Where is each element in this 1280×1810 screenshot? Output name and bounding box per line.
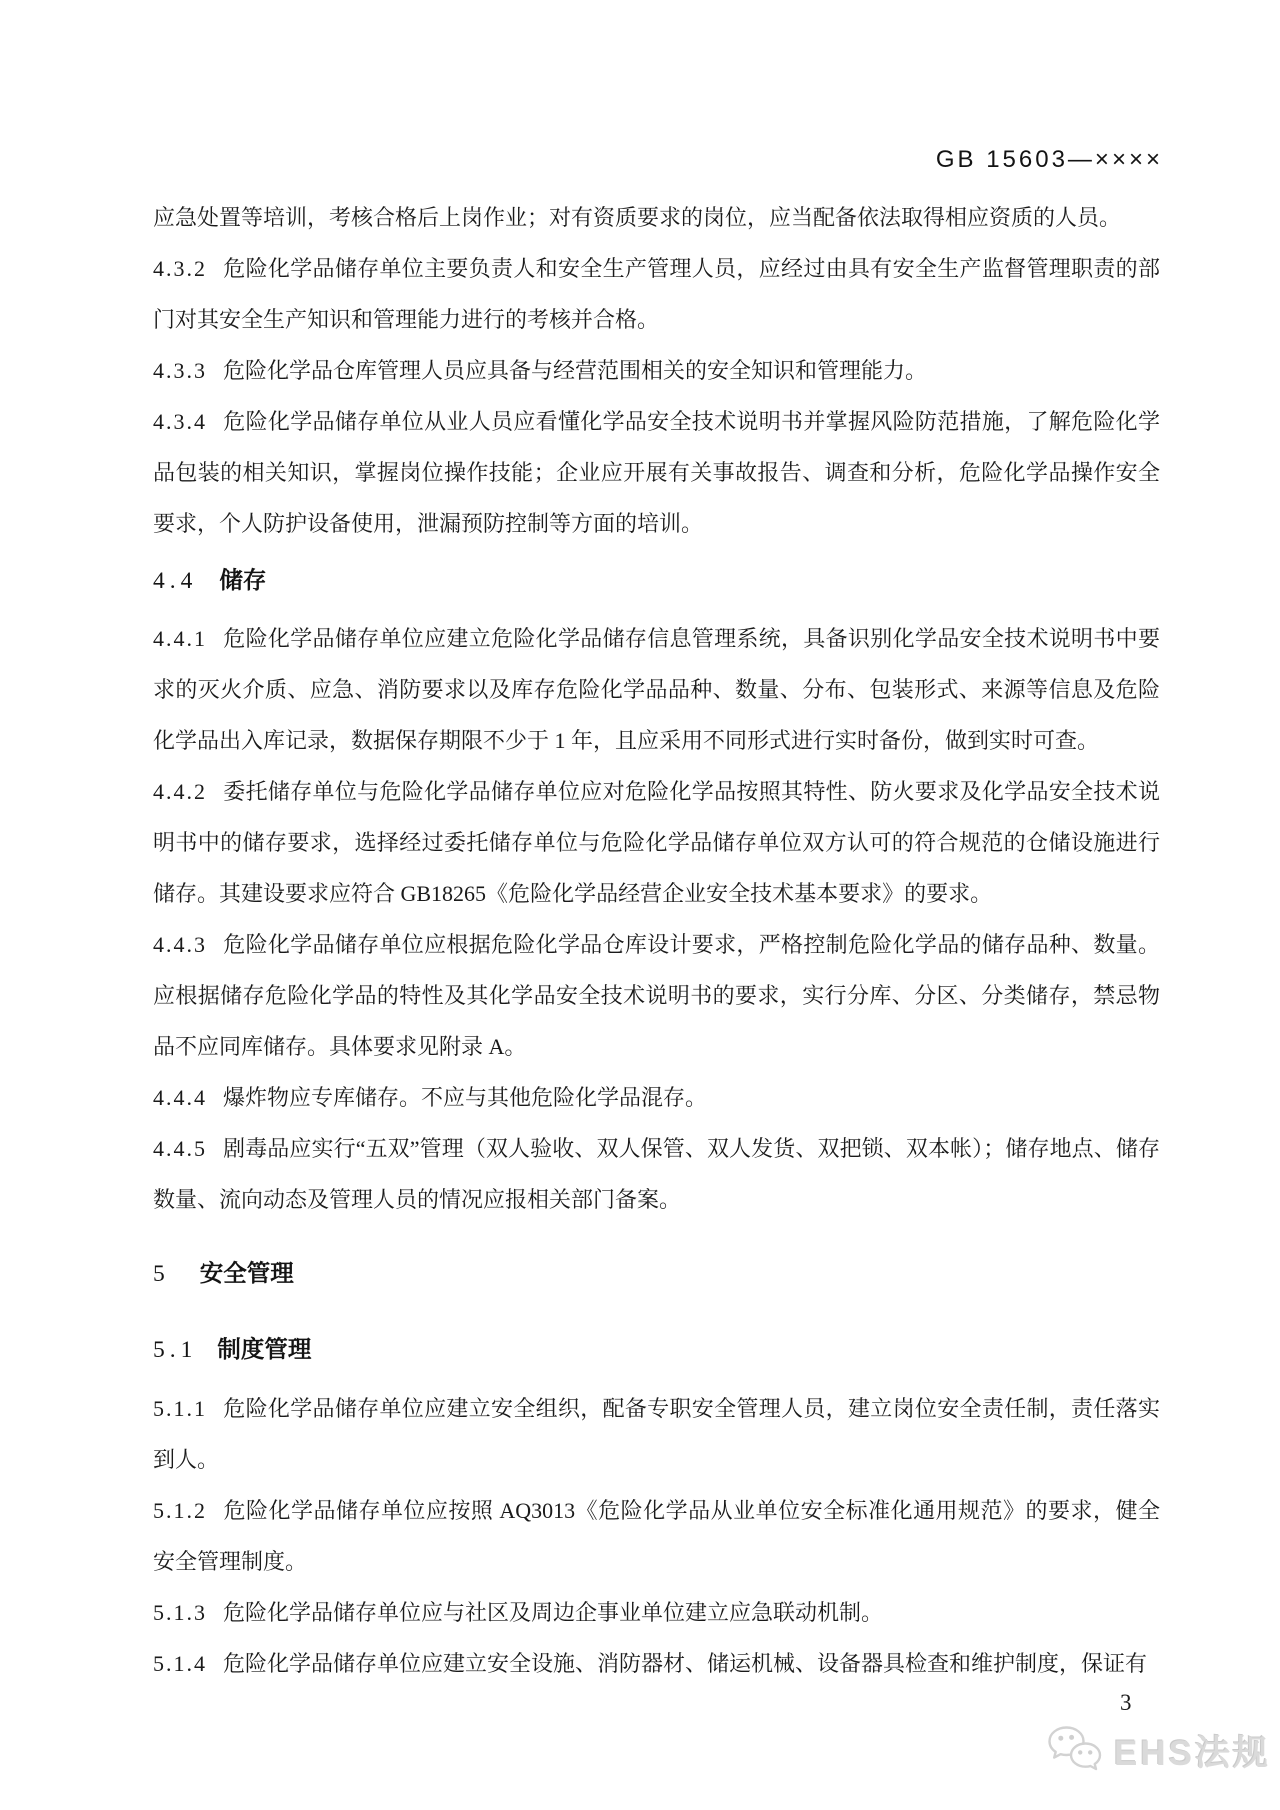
clause-number: 4.3.3 (153, 358, 207, 383)
clause-text: 危险化学品储存单位主要负责人和安全生产管理人员，应经过由具有安全生产监督管理职责… (153, 256, 1160, 332)
clause-number: 4.3.4 (153, 409, 207, 434)
section-heading-text: 制度管理 (217, 1336, 311, 1362)
clause-text: 剧毒品应实行“五双”管理（双人验收、双人保管、双人发货、双把锁、双本帐）；储存地… (153, 1136, 1160, 1212)
clause-text: 危险化学品储存单位从业人员应看懂化学品安全技术说明书并掌握风险防范措施，了解危险… (153, 409, 1160, 536)
clause-paragraph: 5.1.1危险化学品储存单位应建立安全组织，配备专职安全管理人员，建立岗位安全责… (153, 1383, 1160, 1485)
section-heading: 4.4储存 (153, 555, 1160, 607)
clause-text: 危险化学品储存单位应建立安全设施、消防器材、储运机械、设备器具检查和维护制度，保… (223, 1651, 1147, 1676)
clause-number: 4.3.2 (153, 256, 207, 281)
clause-text: 危险化学品储存单位应建立危险化学品储存信息管理系统，具备识别化学品安全技术说明书… (153, 626, 1160, 753)
watermark-text: EHS法规 (1114, 1726, 1271, 1776)
clause-paragraph: 应急处置等培训，考核合格后上岗作业；对有资质要求的岗位，应当配备依法取得相应资质… (153, 192, 1160, 243)
clause-paragraph: 4.4.3危险化学品储存单位应根据危险化学品仓库设计要求，严格控制危险化学品的储… (153, 919, 1160, 1072)
clause-number: 4.4 (153, 568, 197, 594)
clause-paragraph: 4.4.5剧毒品应实行“五双”管理（双人验收、双人保管、双人发货、双把锁、双本帐… (153, 1123, 1160, 1225)
standard-code-header: GB 15603—×××× (936, 146, 1163, 174)
clause-number: 4.4.5 (153, 1136, 207, 1161)
clause-text: 危险化学品仓库管理人员应具备与经营范围相关的安全知识和管理能力。 (223, 358, 927, 383)
document-body: 应急处置等培训，考核合格后上岗作业；对有资质要求的岗位，应当配备依法取得相应资质… (153, 192, 1160, 1689)
wechat-icon (1046, 1724, 1104, 1778)
clause-number: 5.1.3 (153, 1600, 207, 1625)
clause-text: 危险化学品储存单位应与社区及周边企事业单位建立应急联动机制。 (223, 1600, 883, 1625)
section-heading: 5.1制度管理 (153, 1324, 1160, 1376)
clause-paragraph: 4.4.4爆炸物应专库储存。不应与其他危险化学品混存。 (153, 1072, 1160, 1123)
clause-paragraph: 4.3.2危险化学品储存单位主要负责人和安全生产管理人员，应经过由具有安全生产监… (153, 243, 1160, 345)
clause-number: 4.4.1 (153, 626, 207, 651)
clause-paragraph: 4.3.3危险化学品仓库管理人员应具备与经营范围相关的安全知识和管理能力。 (153, 345, 1160, 396)
document-page: GB 15603—×××× 应急处置等培训，考核合格后上岗作业；对有资质要求的岗… (0, 0, 1280, 1810)
page-number: 3 (1120, 1690, 1132, 1716)
clause-paragraph: 5.1.4危险化学品储存单位应建立安全设施、消防器材、储运机械、设备器具检查和维… (153, 1638, 1160, 1689)
section-heading: 5安全管理 (153, 1248, 1160, 1300)
clause-paragraph: 4.4.2委托储存单位与危险化学品储存单位应对危险化学品按照其特性、防火要求及化… (153, 766, 1160, 919)
clause-paragraph: 5.1.3危险化学品储存单位应与社区及周边企事业单位建立应急联动机制。 (153, 1587, 1160, 1638)
clause-number: 5.1.2 (153, 1498, 207, 1523)
clause-text: 危险化学品储存单位应根据危险化学品仓库设计要求，严格控制危险化学品的储存品种、数… (153, 932, 1160, 1059)
clause-number: 5.1.4 (153, 1651, 207, 1676)
clause-number: 4.4.2 (153, 779, 207, 804)
clause-number: 5 (153, 1261, 170, 1287)
clause-number: 4.4.3 (153, 932, 207, 957)
section-heading-text: 储存 (219, 567, 266, 593)
clause-paragraph: 4.4.1危险化学品储存单位应建立危险化学品储存信息管理系统，具备识别化学品安全… (153, 613, 1160, 766)
section-heading-text: 安全管理 (200, 1260, 294, 1286)
clause-paragraph: 4.3.4危险化学品储存单位从业人员应看懂化学品安全技术说明书并掌握风险防范措施… (153, 396, 1160, 549)
clause-text: 委托储存单位与危险化学品储存单位应对危险化学品按照其特性、防火要求及化学品安全技… (153, 779, 1160, 906)
clause-number: 5.1.1 (153, 1396, 207, 1421)
clause-number: 5.1 (153, 1337, 197, 1363)
watermark: EHS法规 (1046, 1724, 1271, 1778)
clause-text: 应急处置等培训，考核合格后上岗作业；对有资质要求的岗位，应当配备依法取得相应资质… (153, 205, 1121, 230)
clause-text: 危险化学品储存单位应按照 AQ3013《危险化学品从业单位安全标准化通用规范》的… (153, 1498, 1160, 1574)
clause-text: 危险化学品储存单位应建立安全组织，配备专职安全管理人员，建立岗位安全责任制，责任… (153, 1396, 1160, 1472)
clause-number: 4.4.4 (153, 1085, 207, 1110)
clause-paragraph: 5.1.2危险化学品储存单位应按照 AQ3013《危险化学品从业单位安全标准化通… (153, 1485, 1160, 1587)
clause-text: 爆炸物应专库储存。不应与其他危险化学品混存。 (223, 1085, 707, 1110)
